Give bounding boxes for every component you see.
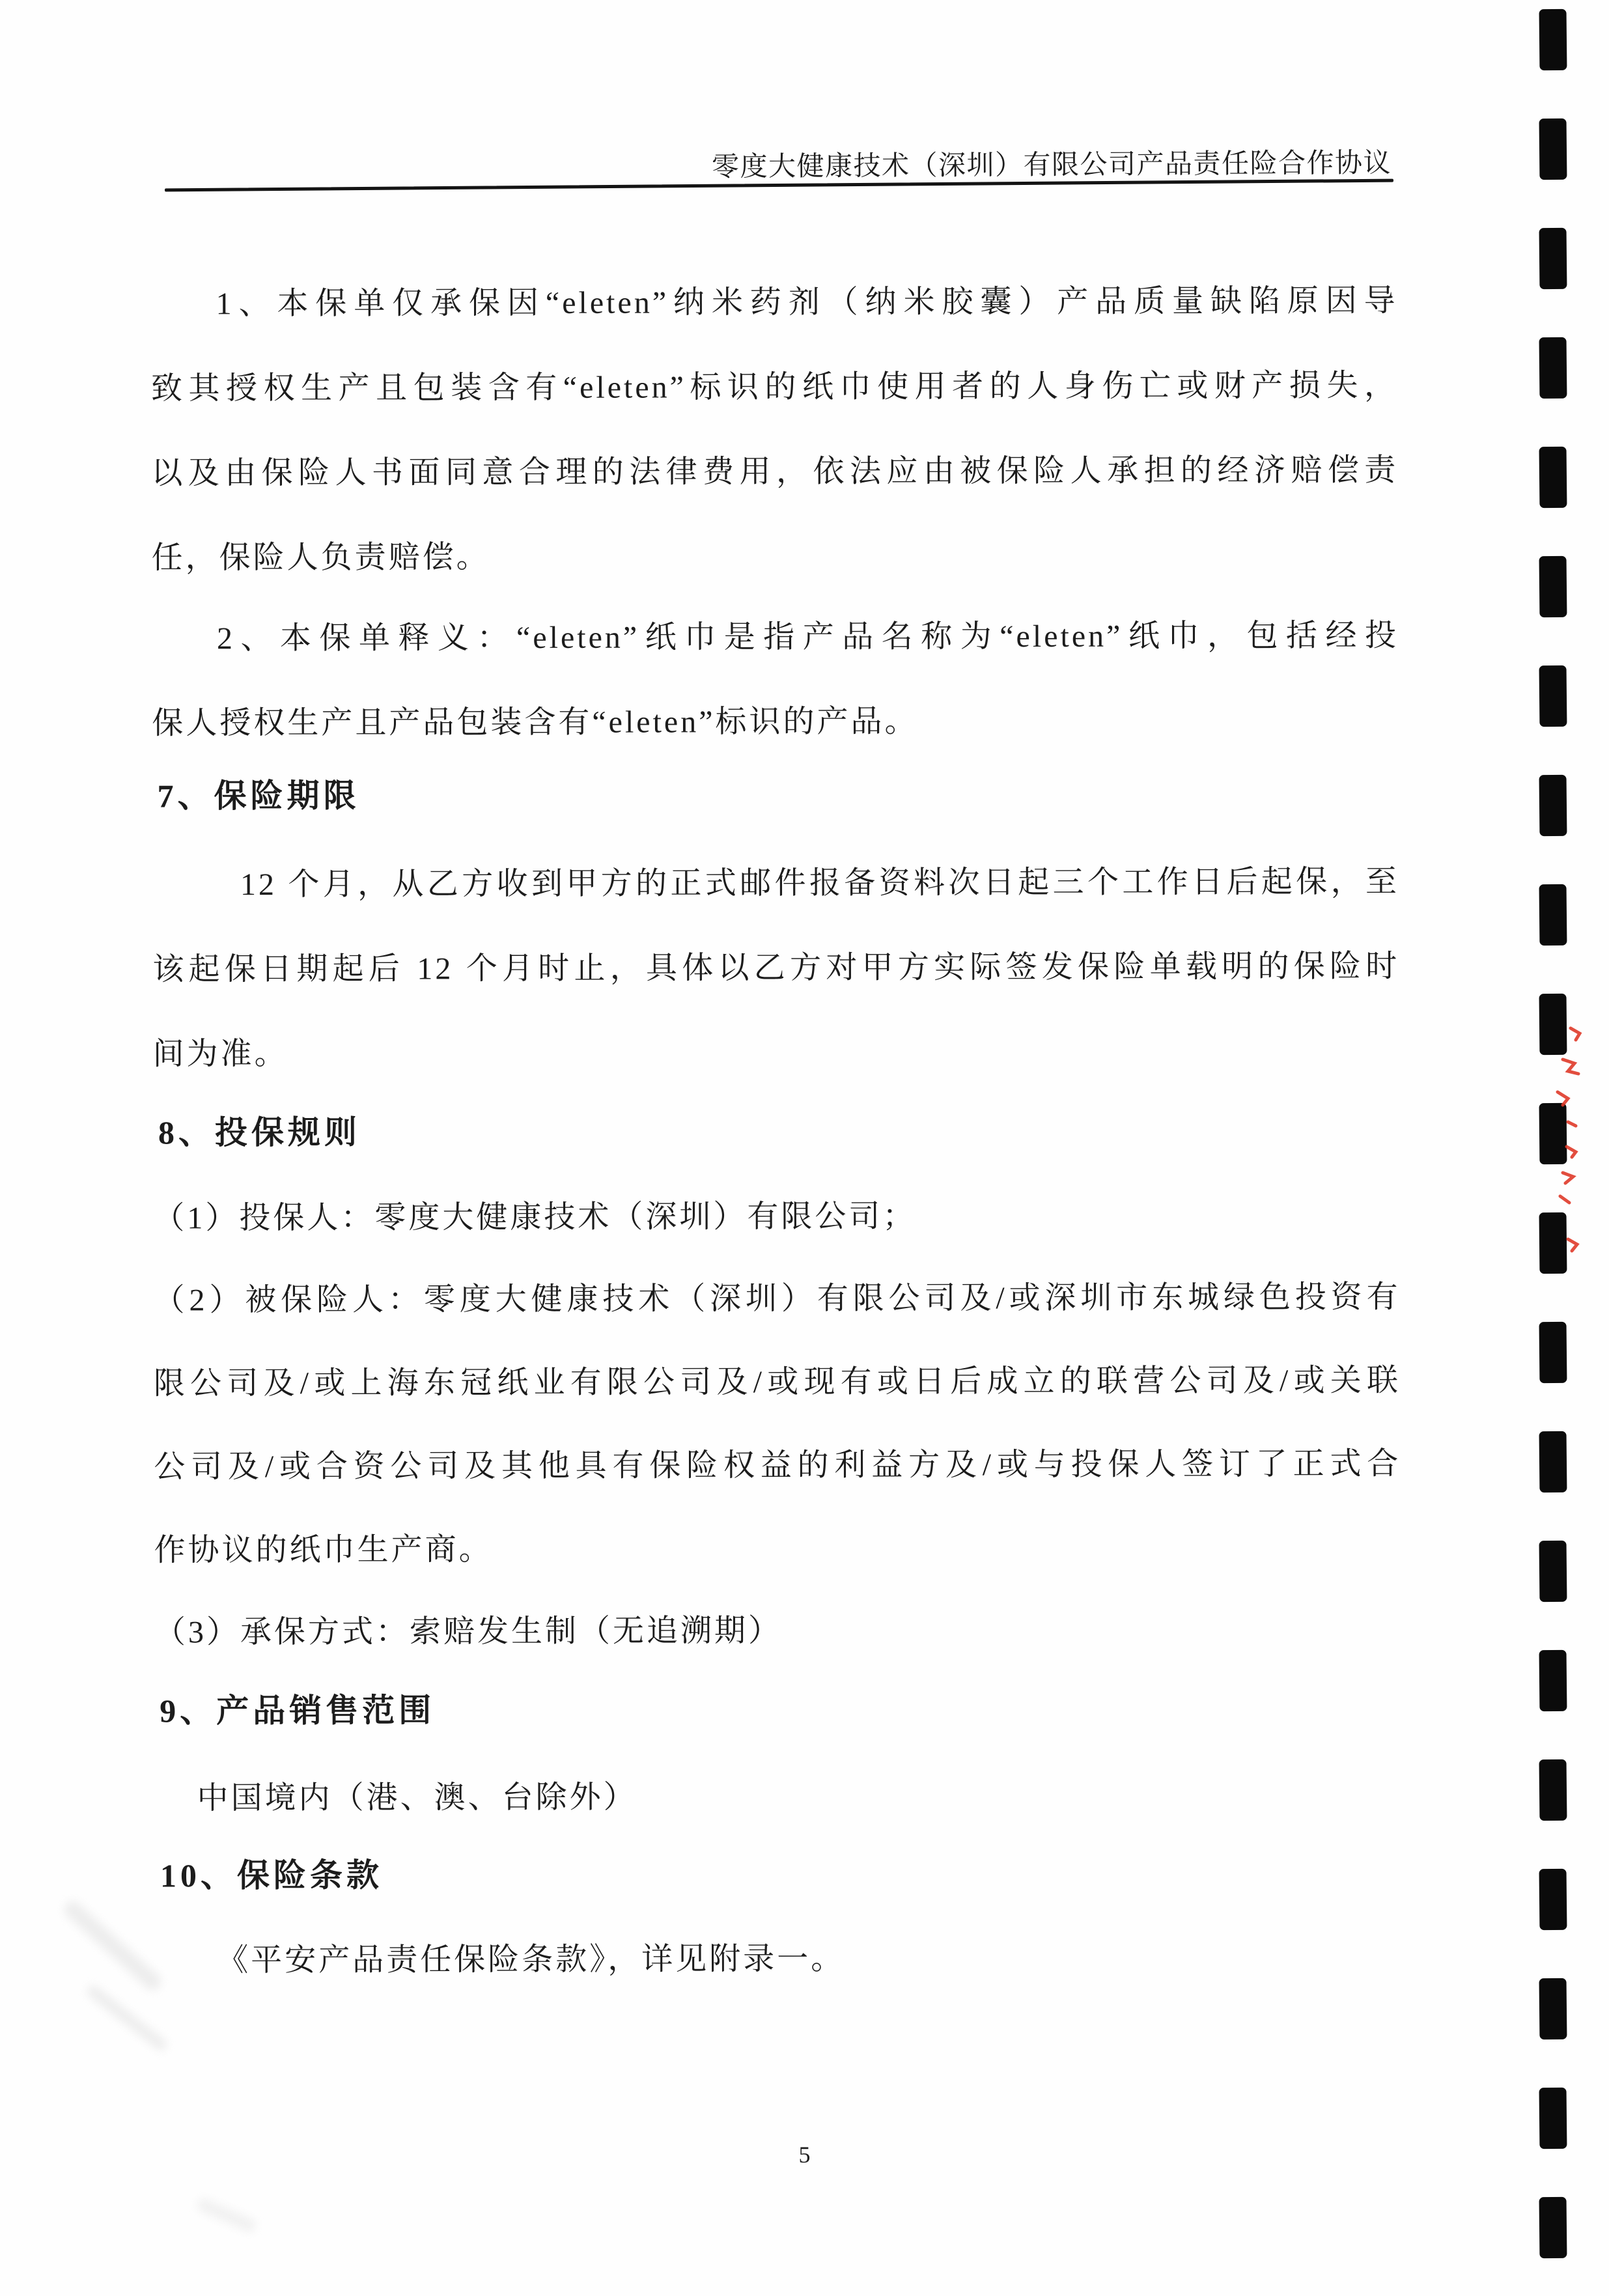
list-item-line: 限公司及/或上海东冠纸业有限公司及/或现有或日后成立的联营公司及/或关联 (154, 1362, 1401, 1403)
section-heading-7: 7、保险期限 (158, 776, 360, 815)
list-item-line: 公司及/或合资公司及其他具有保险权益的利益方及/或与投保人签订了正式合 (154, 1445, 1401, 1486)
scan-smudge (61, 1898, 165, 1993)
binding-mark (1539, 1978, 1567, 2039)
list-item-line: （2）被保险人：零度大健康技术（深圳）有限公司及/或深圳市东城绿色投资有 (154, 1278, 1401, 1319)
list-item-line: 作协议的纸巾生产商。 (154, 1528, 1401, 1569)
paragraph-line: 保人授权生产且产品包装含有“eleten”标识的产品。 (152, 701, 1399, 742)
paragraph-line: 中国境内（港、澳、台除外） (155, 1776, 1402, 1817)
section-heading-9: 9、产品销售范围 (160, 1690, 435, 1730)
paragraph-line: 12 个月，从乙方收到甲方的正式邮件报备资料次日起三个工作日后起保，至 (152, 863, 1399, 904)
binding-mark (1539, 1869, 1567, 1930)
binding-mark (1539, 1541, 1567, 1602)
binding-mark (1539, 556, 1567, 617)
paragraph-line: 1、本保单仅承保因“eleten”纳米药剂（纳米胶囊）产品质量缺陷原因导 (151, 282, 1398, 323)
document-body: 1、本保单仅承保因“eleten”纳米药剂（纳米胶囊）产品质量缺陷原因导 致其授… (150, 0, 1403, 2296)
page-number: 5 (0, 2141, 1609, 2168)
binding-mark (1539, 2088, 1567, 2149)
binding-mark (1539, 884, 1567, 945)
paragraph-line: 致其授权生产且包装含有“eleten”标识的纸巾使用者的人身伤亡或财产损失， (151, 367, 1398, 408)
binding-mark (1539, 1759, 1567, 1821)
scanned-document-page: 零度大健康技术（深圳）有限公司产品责任险合作协议 1、本保单仅承保因“elete… (0, 0, 1609, 2296)
binding-mark (1539, 665, 1567, 727)
list-item: （1）投保人：零度大健康技术（深圳）有限公司； (153, 1196, 1400, 1237)
binding-mark (1539, 119, 1567, 180)
binding-mark (1539, 775, 1567, 836)
binding-mark (1539, 447, 1567, 508)
paragraph-line: 间为准。 (153, 1032, 1400, 1073)
paragraph-line: 《平安产品责任保险条款》，详见附录一。 (155, 1939, 1402, 1980)
section-heading-10: 10、保险条款 (160, 1855, 383, 1895)
paragraph-line: 任，保险人负责赔偿。 (152, 536, 1399, 577)
paragraph-line: 该起保日期起后 12 个月时止，具体以乙方对甲方实际签发保险单载明的保险时 (152, 947, 1399, 988)
binding-mark (1539, 9, 1567, 70)
paragraph-line: 以及由保险人书面同意合理的法律费用，依法应由被保险人承担的经济赔偿责 (151, 451, 1398, 492)
binding-mark (1539, 1650, 1567, 1711)
binding-mark (1539, 2197, 1567, 2258)
red-pen-marks (1548, 1019, 1594, 1293)
binding-mark (1539, 1322, 1567, 1383)
binding-mark (1539, 228, 1567, 289)
binding-mark (1539, 1431, 1567, 1492)
list-item: （3）承保方式：索赔发生制（无追溯期） (154, 1610, 1401, 1651)
binding-mark (1539, 337, 1567, 399)
section-heading-8: 8、投保规则 (158, 1112, 361, 1152)
paragraph-line: 2、本保单释义：“eleten”纸巾是指产品名称为“eleten”纸巾，包括经投 (152, 617, 1399, 658)
